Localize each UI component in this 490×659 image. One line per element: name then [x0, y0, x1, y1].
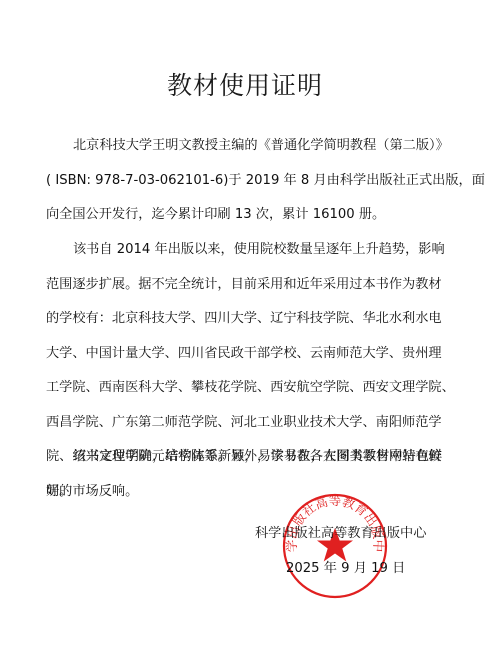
text-line: ( ISBN: 978-7-03-062101-6)于 2019 年 8 月由科…	[46, 164, 450, 199]
text-line: 该书自 2014 年出版以来，使用院校数量呈逐年上升趋势，影响	[46, 233, 450, 268]
issuer-signature: 科学出版社高等教育出版中心	[255, 522, 426, 541]
official-seal: 科学出版社高等教育出版中心	[280, 491, 390, 601]
issue-date: 2025 年 9 月 19 日	[286, 557, 405, 576]
text-line: 的学校有：北京科技大学、四川大学、辽宁科技学院、华北水利水电	[46, 302, 450, 337]
paragraph-publication-info: 北京科技大学王明文教授主编的《普通化学简明教程（第二版）》 ( ISBN: 97…	[46, 129, 450, 233]
text-line: 范围逐步扩展。据不完全统计，目前采用和近年采用过本书作为教材	[46, 268, 450, 303]
document-title: 教材使用证明	[0, 66, 490, 102]
text-line: 工学院、西南医科大学、攀枝花学院、西安航空学院、西安文理学院、	[46, 371, 450, 406]
text-line: 该书定位明确，结构体系新颖，易学易教，在同类教材中特色鲜	[46, 440, 450, 475]
text-line: 北京科技大学王明文教授主编的《普通化学简明教程（第二版）》	[46, 129, 450, 164]
text-line: 大学、中国计量大学、四川省民政干部学校、云南师范大学、贵州理	[46, 337, 450, 372]
text-line: 向全国公开发行，迄今累计印刷 13 次，累计 16100 册。	[46, 198, 450, 233]
text-line: 西昌学院、广东第二师范学院、河北工业职业技术大学、南阳师范学	[46, 406, 450, 441]
